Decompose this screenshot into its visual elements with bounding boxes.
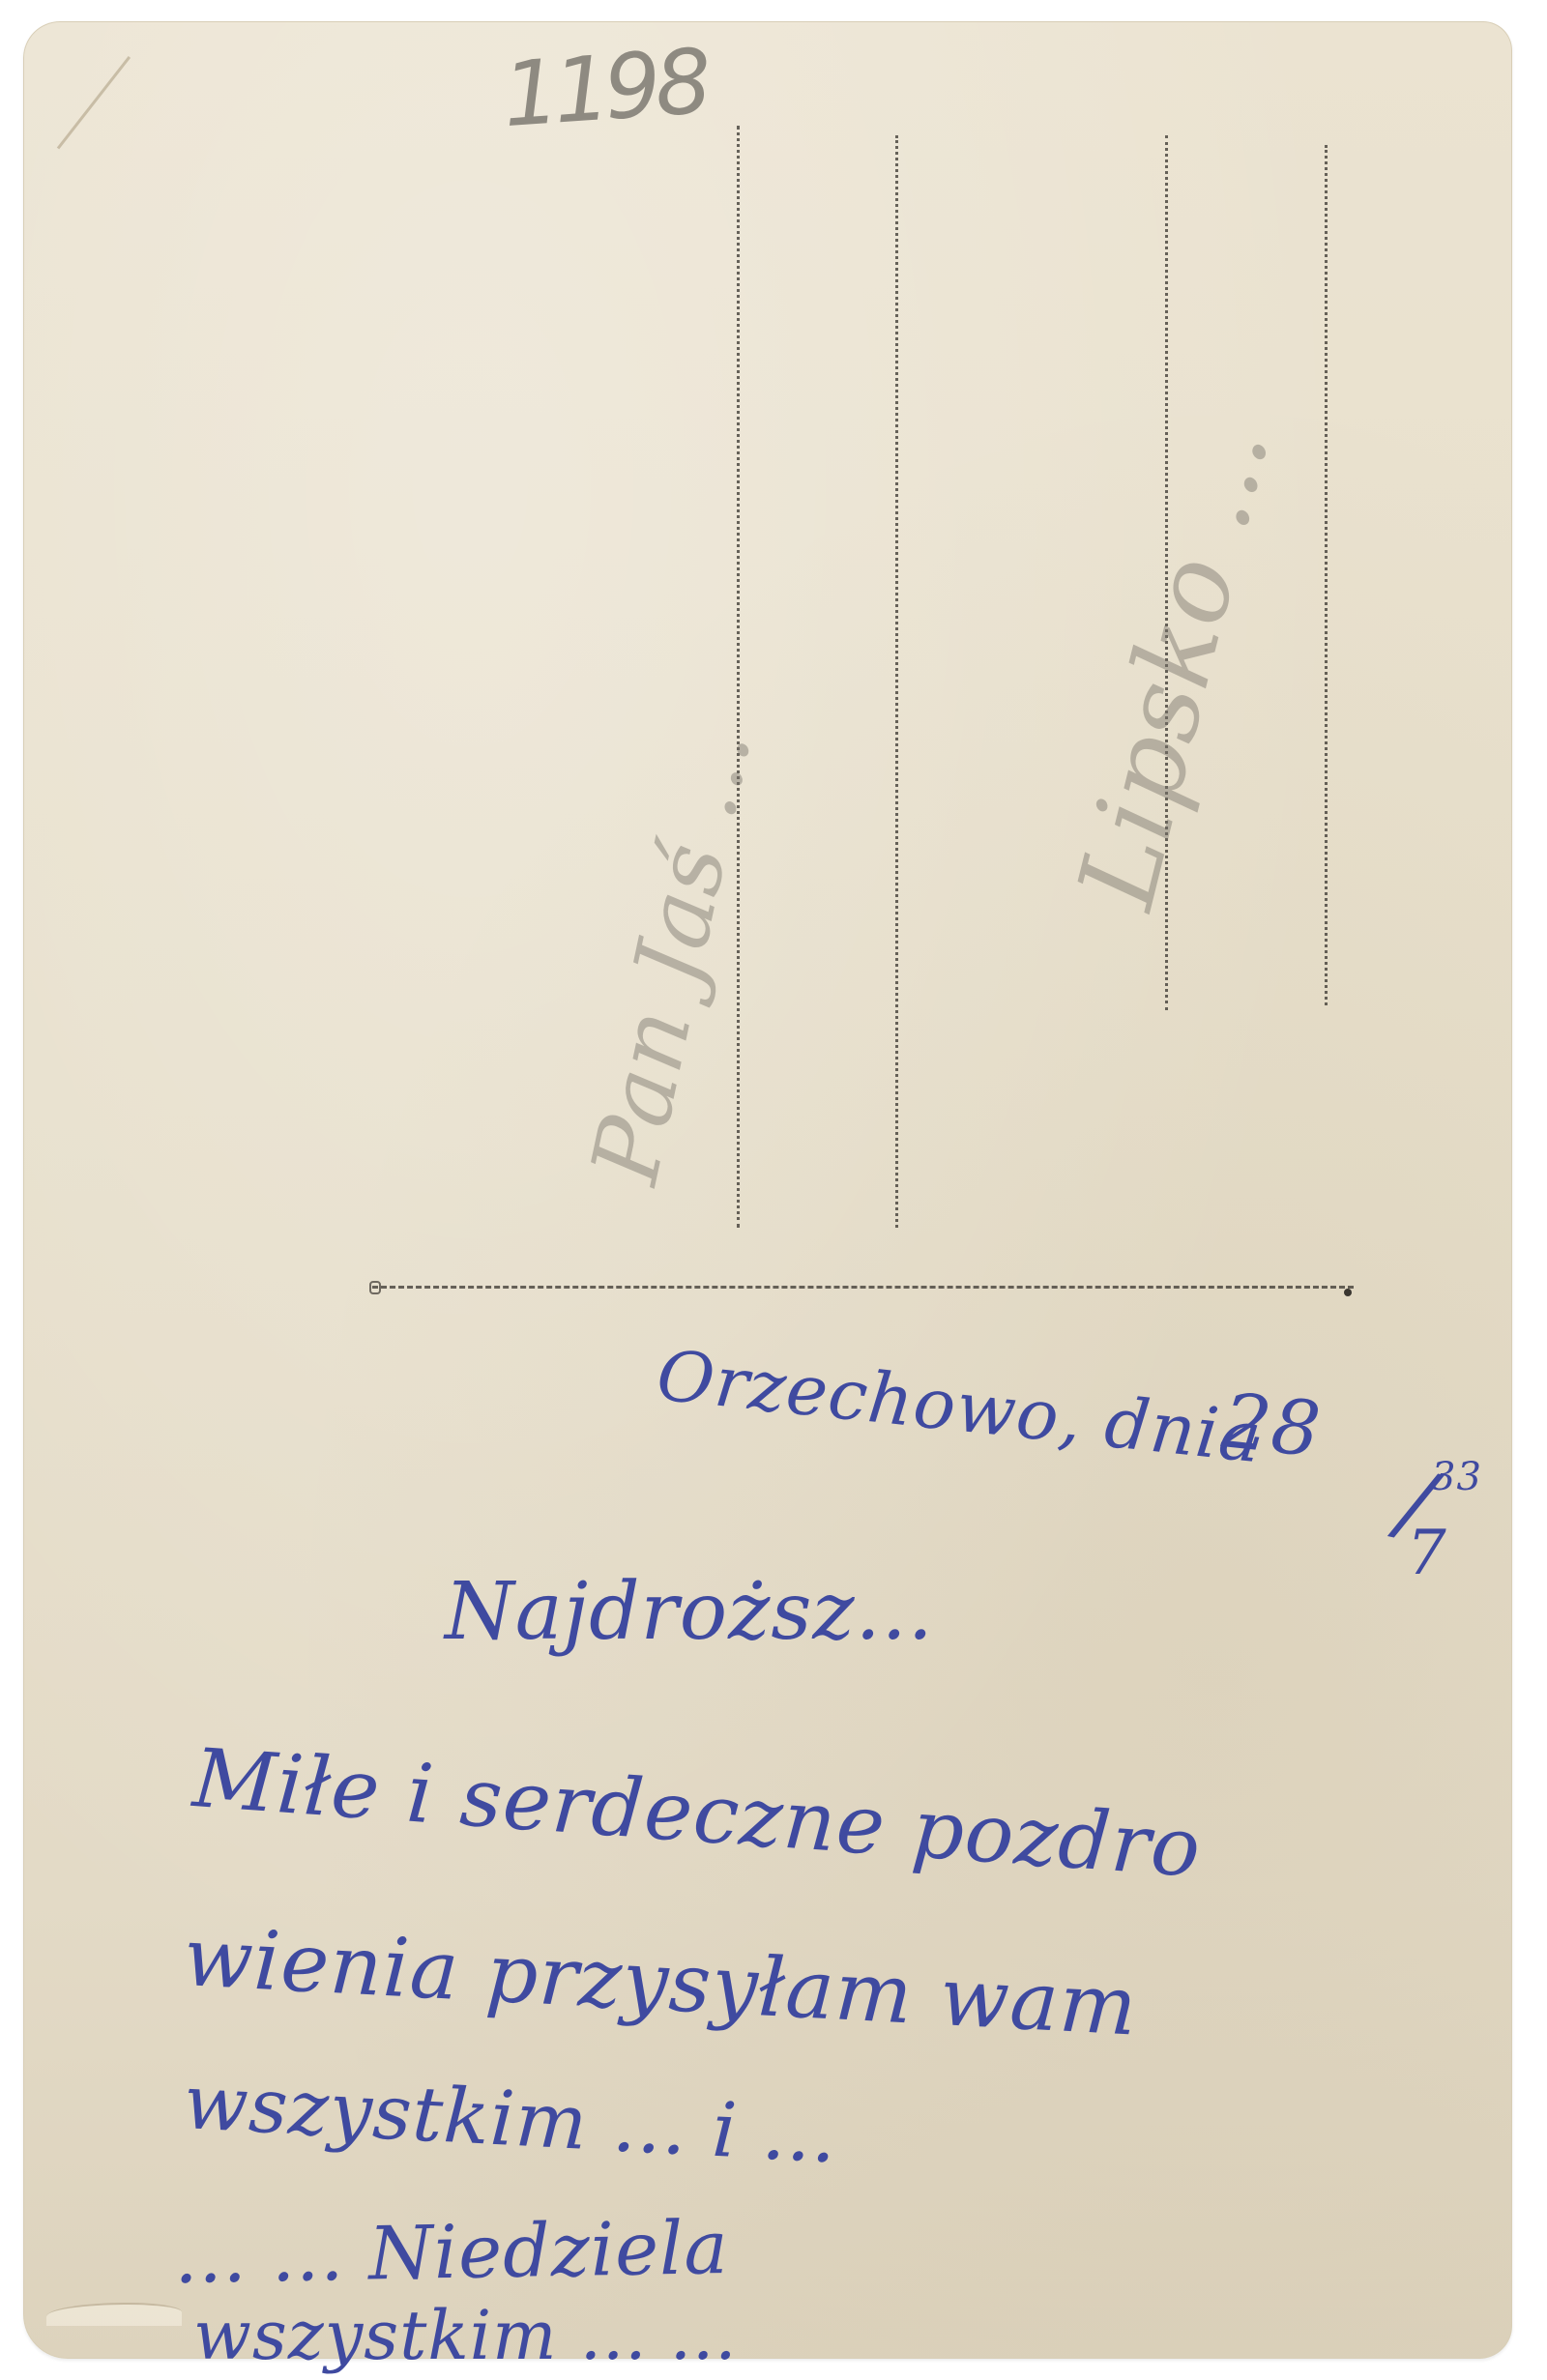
paper-crease-top-left bbox=[57, 56, 131, 149]
message-line-4: ... ... Niedziela bbox=[173, 2204, 729, 2300]
message-line-5: wszystkim ... ... bbox=[193, 2296, 738, 2375]
address-line-dotted-2 bbox=[895, 135, 898, 1228]
message-salutation: Najdroższ... bbox=[445, 1566, 934, 1658]
address-line-dotted-1 bbox=[737, 126, 740, 1228]
address-line-dotted-4 bbox=[1325, 145, 1328, 1005]
paper-crease-bottom-left bbox=[46, 2303, 182, 2326]
address-divider-line bbox=[372, 1286, 1354, 1289]
catalog-number: 1198 bbox=[500, 30, 710, 147]
divider-end-dot bbox=[1344, 1289, 1352, 1296]
message-date-day: 28 bbox=[1218, 1378, 1325, 1474]
message-date-month: 7 bbox=[1407, 1518, 1447, 1589]
message-date-year: 33 bbox=[1431, 1455, 1482, 1499]
